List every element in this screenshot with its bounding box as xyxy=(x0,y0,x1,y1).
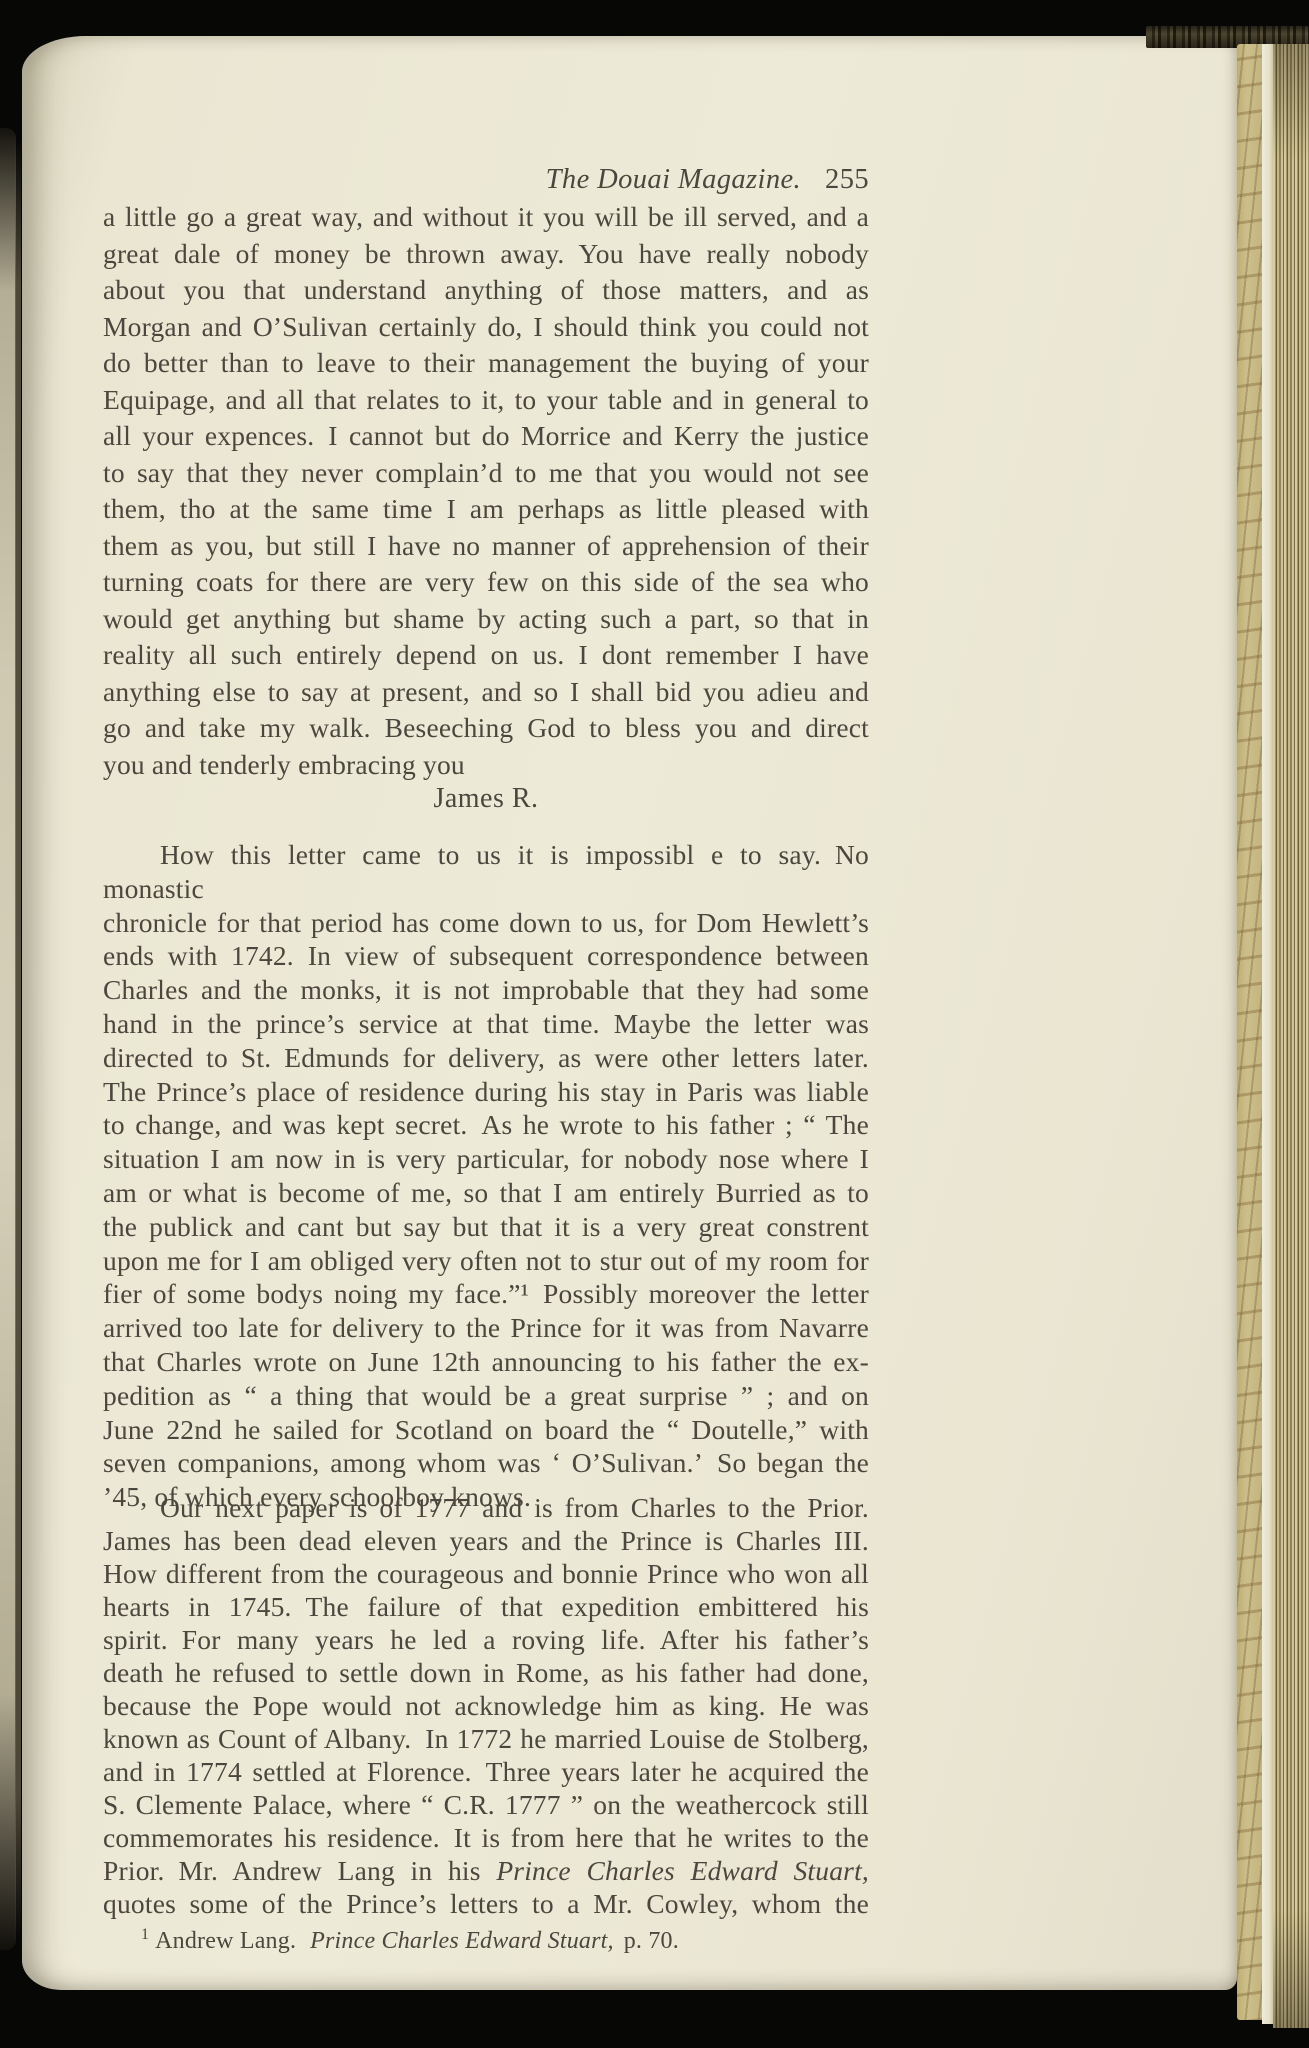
letter-signature: James R. xyxy=(103,783,869,815)
text-line: that Charles wrote on June 12th announci… xyxy=(103,1345,869,1379)
text-line: and in 1774 settled at Florence. Three y… xyxy=(103,1755,869,1788)
footnote: 1Andrew Lang.Prince Charles Edward Stuar… xyxy=(103,1928,907,1955)
text-line: do better than to leave to their managem… xyxy=(103,345,869,382)
text-line: upon me for I am obliged very often not … xyxy=(103,1244,869,1278)
text-line: because the Pope would not acknowledge h… xyxy=(103,1689,869,1722)
magazine-title: The Douai Magazine. xyxy=(546,164,801,195)
text-line: The Prince’s place of residence during h… xyxy=(103,1075,869,1109)
text-line: you and tenderly embracing you xyxy=(103,747,869,784)
text-line: Charles and the monks, it is not improba… xyxy=(103,973,869,1007)
text-line: June 22nd he sailed for Scotland on boar… xyxy=(103,1413,869,1447)
text-line: am or what is become of me, so that I am… xyxy=(103,1176,869,1210)
footnote-page-ref: p. 70. xyxy=(624,1928,679,1954)
text-line: Our next paper is of 1777 and is from Ch… xyxy=(103,1491,869,1524)
text-line: would get anything but shame by acting s… xyxy=(103,601,869,638)
text-line: situation I am now in is very particular… xyxy=(103,1142,869,1176)
page-fore-edge xyxy=(1237,44,1262,2020)
page-number: 255 xyxy=(825,164,869,195)
text-line: reality all such entirely depend on us. … xyxy=(103,637,869,674)
text-line: great dale of money be thrown away. You … xyxy=(103,236,869,273)
text-line: turning coats for there are very few on … xyxy=(103,564,869,601)
text-line: go and take my walk. Beseeching God to b… xyxy=(103,710,869,747)
text-line: fier of some bodys noing my face.”¹ Poss… xyxy=(103,1277,869,1311)
scanned-book-photo: { "header": { "magazine_title": "The Dou… xyxy=(0,0,1309,2048)
next-page-sliver xyxy=(1262,44,1273,2024)
text-line: How this letter came to us it is impossi… xyxy=(103,838,869,906)
text-line: them, tho at the same time I am perhaps … xyxy=(103,491,869,528)
text-line: about you that understand anything of th… xyxy=(103,272,869,309)
text-line: seven companions, among whom was ‘ O’Sul… xyxy=(103,1446,869,1480)
text-line: pedition as “ a thing that would be a gr… xyxy=(103,1379,869,1413)
text-line: to change, and was kept secret. As he wr… xyxy=(103,1108,869,1142)
text-line: Prior. Mr. Andrew Lang in his Prince Cha… xyxy=(103,1854,869,1887)
running-header: The Douai Magazine.255 xyxy=(103,164,869,196)
text-line: a little go a great way, and without it … xyxy=(103,199,869,236)
text-line: How different from the courageous and bo… xyxy=(103,1557,869,1590)
text-line: directed to St. Edmunds for delivery, as… xyxy=(103,1041,869,1075)
footnote-marker: 1 xyxy=(141,1926,149,1943)
text-line: hearts in 1745. The failure of that expe… xyxy=(103,1590,869,1623)
next-paper-paragraph: Our next paper is of 1777 and is from Ch… xyxy=(103,1491,869,1920)
text-line: quotes some of the Prince’s letters to a… xyxy=(103,1887,869,1920)
text-line: all your expences. I cannot but do Morri… xyxy=(103,418,869,455)
gutter-shadow-line xyxy=(15,140,21,1940)
facing-page-edge xyxy=(0,128,16,1950)
text-line: Equipage, and all that relates to it, to… xyxy=(103,382,869,419)
text-line: S. Clemente Palace, where “ C.R. 1777 ” … xyxy=(103,1788,869,1821)
text-line: ends with 1742. In view of subsequent co… xyxy=(103,939,869,973)
text-line: the publick and cant but say but that it… xyxy=(103,1210,869,1244)
text-line: arrived too late for delivery to the Pri… xyxy=(103,1311,869,1345)
text-line: chronicle for that period has come down … xyxy=(103,906,869,940)
text-line: to say that they never complain’d to me … xyxy=(103,455,869,492)
text-line: Morgan and O’Sulivan certainly do, I sho… xyxy=(103,309,869,346)
book-page: The Douai Magazine.255 a little go a gre… xyxy=(22,36,1237,1990)
text-line: James has been dead eleven years and the… xyxy=(103,1524,869,1557)
letter-body-paragraph: a little go a great way, and without it … xyxy=(103,199,869,783)
text-line: death he refused to settle down in Rome,… xyxy=(103,1656,869,1689)
text-line: them as you, but still I have no manner … xyxy=(103,528,869,565)
footnote-author: Andrew Lang. xyxy=(155,1928,296,1954)
text-line: known as Count of Albany. In 1772 he mar… xyxy=(103,1722,869,1755)
text-line: hand in the prince’s service at that tim… xyxy=(103,1007,869,1041)
commentary-paragraph: How this letter came to us it is impossi… xyxy=(103,838,869,1514)
footnote-work-title: Prince Charles Edward Stuart, xyxy=(310,1928,614,1954)
fanned-page-edges xyxy=(1273,44,1309,2028)
text-line: anything else to say at present, and so … xyxy=(103,674,869,711)
text-line: spirit. For many years he led a roving l… xyxy=(103,1623,869,1656)
text-line: commemorates his residence. It is from h… xyxy=(103,1821,869,1854)
